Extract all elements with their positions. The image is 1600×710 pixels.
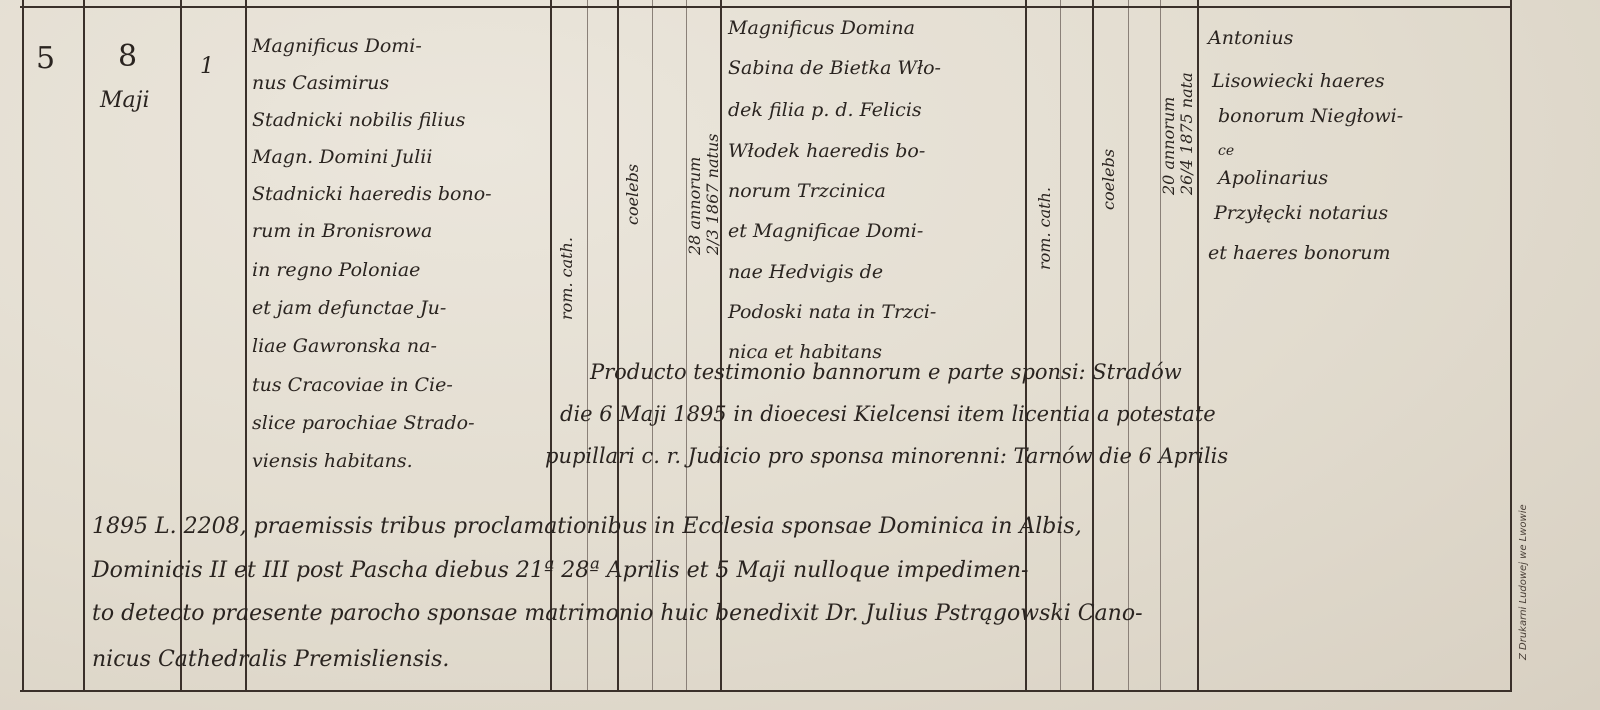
groom-line: Magnificus Domi-	[252, 28, 422, 65]
groom-line: Stadnicki nobilis filius	[252, 102, 465, 139]
bride-line: norum Trzcinica	[728, 173, 886, 210]
witness-line: bonorum Niegłowi-	[1218, 98, 1403, 135]
witness-line: et haeres bonorum	[1208, 235, 1390, 272]
marriage-note-line: Dominicis II et III post Pascha diebus 2…	[92, 551, 1028, 591]
witness-line: Przyłęcki notarius	[1214, 195, 1388, 232]
groom-age-years: 28 annorum	[686, 134, 704, 255]
entry-number: 5	[36, 40, 55, 77]
groom-line: rum in Bronisrowa	[252, 213, 432, 250]
groom-line: liae Gawronska na-	[252, 328, 437, 365]
bride-line: Sabina de Bietka Wło-	[728, 50, 941, 87]
groom-birthdate: 2/3 1867 natus	[704, 134, 722, 255]
witness-line: Lisowiecki haeres	[1212, 63, 1385, 100]
banns-note-line: pupillari c. r. Judicio pro sponsa minor…	[545, 436, 1228, 476]
entry-month: Maji	[100, 82, 150, 119]
bride-line: Magnificus Domina	[728, 10, 915, 47]
groom-line: nus Casimirus	[252, 65, 389, 102]
marriage-note-line: 1895 L. 2208, praemissis tribus proclama…	[92, 507, 1082, 547]
printer-imprint: Z Drukarni Ludowej we Lwowie	[1518, 504, 1529, 660]
bride-line: Podoski nata in Trzci-	[728, 294, 936, 331]
groom-line: Stadnicki haeredis bono-	[252, 176, 492, 213]
groom-age: 28 annorum 2/3 1867 natus	[686, 134, 722, 255]
rule-bottom	[20, 690, 1510, 692]
rule-bride-religion-sub	[1060, 0, 1061, 692]
groom-line: slice parochiae Strado-	[252, 405, 475, 442]
rule-bride-witnesses	[1197, 0, 1199, 692]
marriage-note-line: to detecto praesente parocho sponsae mat…	[92, 594, 1143, 634]
bride-age: 20 annorum 26/4 1875 nata	[1160, 72, 1196, 195]
rule-outer-left	[22, 0, 24, 692]
bride-religion: rom. cath.	[1036, 187, 1054, 270]
groom-line: in regno Poloniae	[252, 252, 420, 289]
bride-status: coelebs	[1100, 149, 1118, 210]
rule-number-date	[83, 0, 85, 692]
bride-line: dek filia p. d. Felicis	[728, 92, 922, 129]
house-number: 1	[200, 48, 214, 85]
groom-religion: rom. cath.	[558, 237, 576, 320]
banns-note-line: Producto testimonio bannorum e parte spo…	[590, 352, 1182, 392]
bride-line: Włodek haeredis bo-	[728, 133, 925, 170]
groom-line: et jam defunctae Ju-	[252, 290, 446, 327]
bride-line: et Magnificae Domi-	[728, 213, 923, 250]
rule-top	[20, 6, 1510, 8]
groom-line: Magn. Domini Julii	[252, 139, 432, 176]
entry-day: 8	[118, 38, 137, 75]
groom-line: tus Cracoviae in Cie-	[252, 367, 453, 404]
bride-birthdate: 26/4 1875 nata	[1178, 72, 1196, 195]
register-page: 5 8 Maji 1 Magnificus Domi- nus Casimiru…	[0, 0, 1600, 710]
rule-bride-status-sub	[1128, 0, 1129, 692]
marriage-note-line: nicus Cathedralis Premisliensis.	[92, 640, 449, 680]
banns-note-line: die 6 Maji 1895 in dioecesi Kielcensi it…	[560, 394, 1216, 434]
groom-status: coelebs	[624, 164, 642, 225]
bride-age-years: 20 annorum	[1160, 72, 1178, 195]
rule-bride-status	[1092, 0, 1094, 692]
witness-line: Apolinarius	[1218, 160, 1328, 197]
groom-line: viensis habitans.	[252, 443, 413, 480]
rule-outer-right	[1510, 0, 1512, 692]
witness-line: Antonius	[1208, 20, 1293, 57]
bride-line: nae Hedvigis de	[728, 254, 883, 291]
